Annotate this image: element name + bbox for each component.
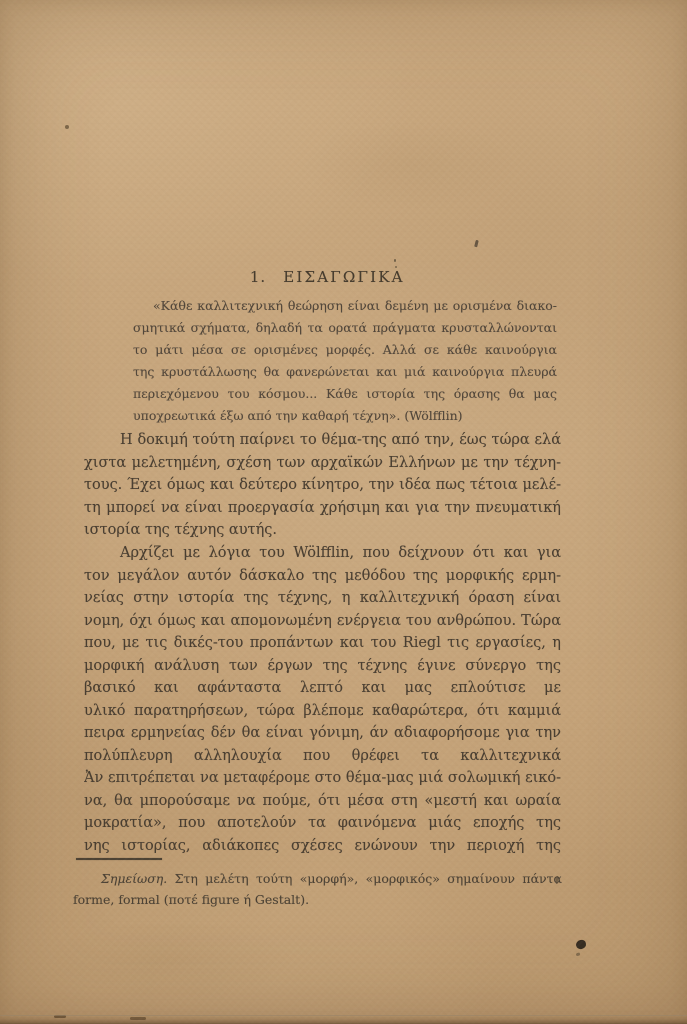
text-line: πειρα ερμηνείας δέν θα είναι γόνιμη, άν … <box>84 722 561 745</box>
footnote-line: forme, formal (ποτέ figure ή Gestalt). <box>73 889 562 910</box>
text-line: νείας στην ιστορία της τέχνης, η καλλιτε… <box>84 587 561 610</box>
paper-stain <box>40 920 300 1000</box>
text-line: «Κάθε καλλιτεχνική θεώρηση είναι δεμένη … <box>133 295 557 317</box>
footnote-text: Στη μελέτη τούτη «μορφή», «μορφικός» σημ… <box>167 871 562 886</box>
page-bottom-scan-edge <box>0 1015 687 1024</box>
text-line: περιεχόμενου του κόσμου... Κάθε ιστορία … <box>133 383 557 405</box>
text-line: Η δοκιμή τούτη παίρνει το θέμα-της από τ… <box>84 429 561 452</box>
text-line: τους. Έχει όμως και δεύτερο κίνητρο, την… <box>84 474 561 497</box>
text-line: που, με τις δικές-του προπάντων και του … <box>84 632 561 655</box>
text-line: το μάτι μέσα σε ορισμένες μορφές. Αλλά σ… <box>133 339 557 361</box>
text-line: σμητικά σχήματα, δηλαδή τα ορατά πράγματ… <box>133 317 557 339</box>
text-line: ιστορία της τέχνης αυτής. <box>84 519 561 542</box>
text-line: Αρχίζει με λόγια του Wölfflin, που δείχν… <box>84 542 561 565</box>
epigraph-quote-block: «Κάθε καλλιτεχνική θεώρηση είναι δεμένη … <box>133 295 557 427</box>
text-line: υλικό παρατηρήσεων, τώρα βλέπομε καθαρώτ… <box>84 700 561 723</box>
footnote-label: Σημείωση. <box>101 871 167 886</box>
footnote: Σημείωση. Στη μελέτη τούτη «μορφή», «μορ… <box>73 868 562 910</box>
footnote-line: Σημείωση. Στη μελέτη τούτη «μορφή», «μορ… <box>73 868 562 889</box>
text-line: μορφική ανάλυση των έργων της τέχνης έγι… <box>84 655 561 678</box>
paper-stain <box>300 120 520 210</box>
text-line: μοκρατία», που αποτελούν τα φαινόμενα μι… <box>84 812 561 835</box>
text-line: Ἀν επιτρέπεται να μεταφέρομε στο θέμα-μα… <box>84 767 561 790</box>
body-paragraph-2: Αρχίζει με λόγια του Wölfflin, που δείχν… <box>84 542 561 857</box>
scanned-book-page: 1.ΕΙΣΑΓΩΓΙΚΑ «Κάθε καλλιτεχνική θεώρηση … <box>0 0 687 1024</box>
text-line: νης ιστορίας, αδιάκοπες σχέσες ενώνουν τ… <box>84 835 561 858</box>
text-line: να, θα μπορούσαμε να πούμε, ότι μέσα στη… <box>84 790 561 813</box>
footnote-separator-rule <box>76 858 162 860</box>
text-line: πολύπλευρη αλληλουχία που θρέφει τα καλλ… <box>84 745 561 768</box>
text-line: υποχρεωτικά έξω από την καθαρή τέχνη». (… <box>133 405 557 427</box>
body-paragraph-1: Η δοκιμή τούτη παίρνει το θέμα-της από τ… <box>84 429 561 542</box>
section-number: 1. <box>250 268 266 286</box>
text-line: χιστα μελετημένη, σχέση των αρχαϊκών Ελλ… <box>84 452 561 475</box>
text-line: νομη, όχι όμως και απομονωμένη ενέργεια … <box>84 610 561 633</box>
ink-speck <box>65 125 69 129</box>
ink-speck <box>474 240 479 248</box>
text-line: τη μπορεί να είναι προεργασία χρήσιμη κα… <box>84 497 561 520</box>
text-line: βασικό και αφάνταστα λεπτό και μας επλού… <box>84 677 561 700</box>
text-line: της κρυστάλλωσης θα φανερώνεται και μιά … <box>133 361 557 383</box>
ink-blot <box>575 939 587 950</box>
text-line: τον μεγάλον αυτόν δάσκαλο της μεθόδου τη… <box>84 565 561 588</box>
section-title: ΕΙΣΑΓΩΓΙΚΑ <box>283 268 405 286</box>
